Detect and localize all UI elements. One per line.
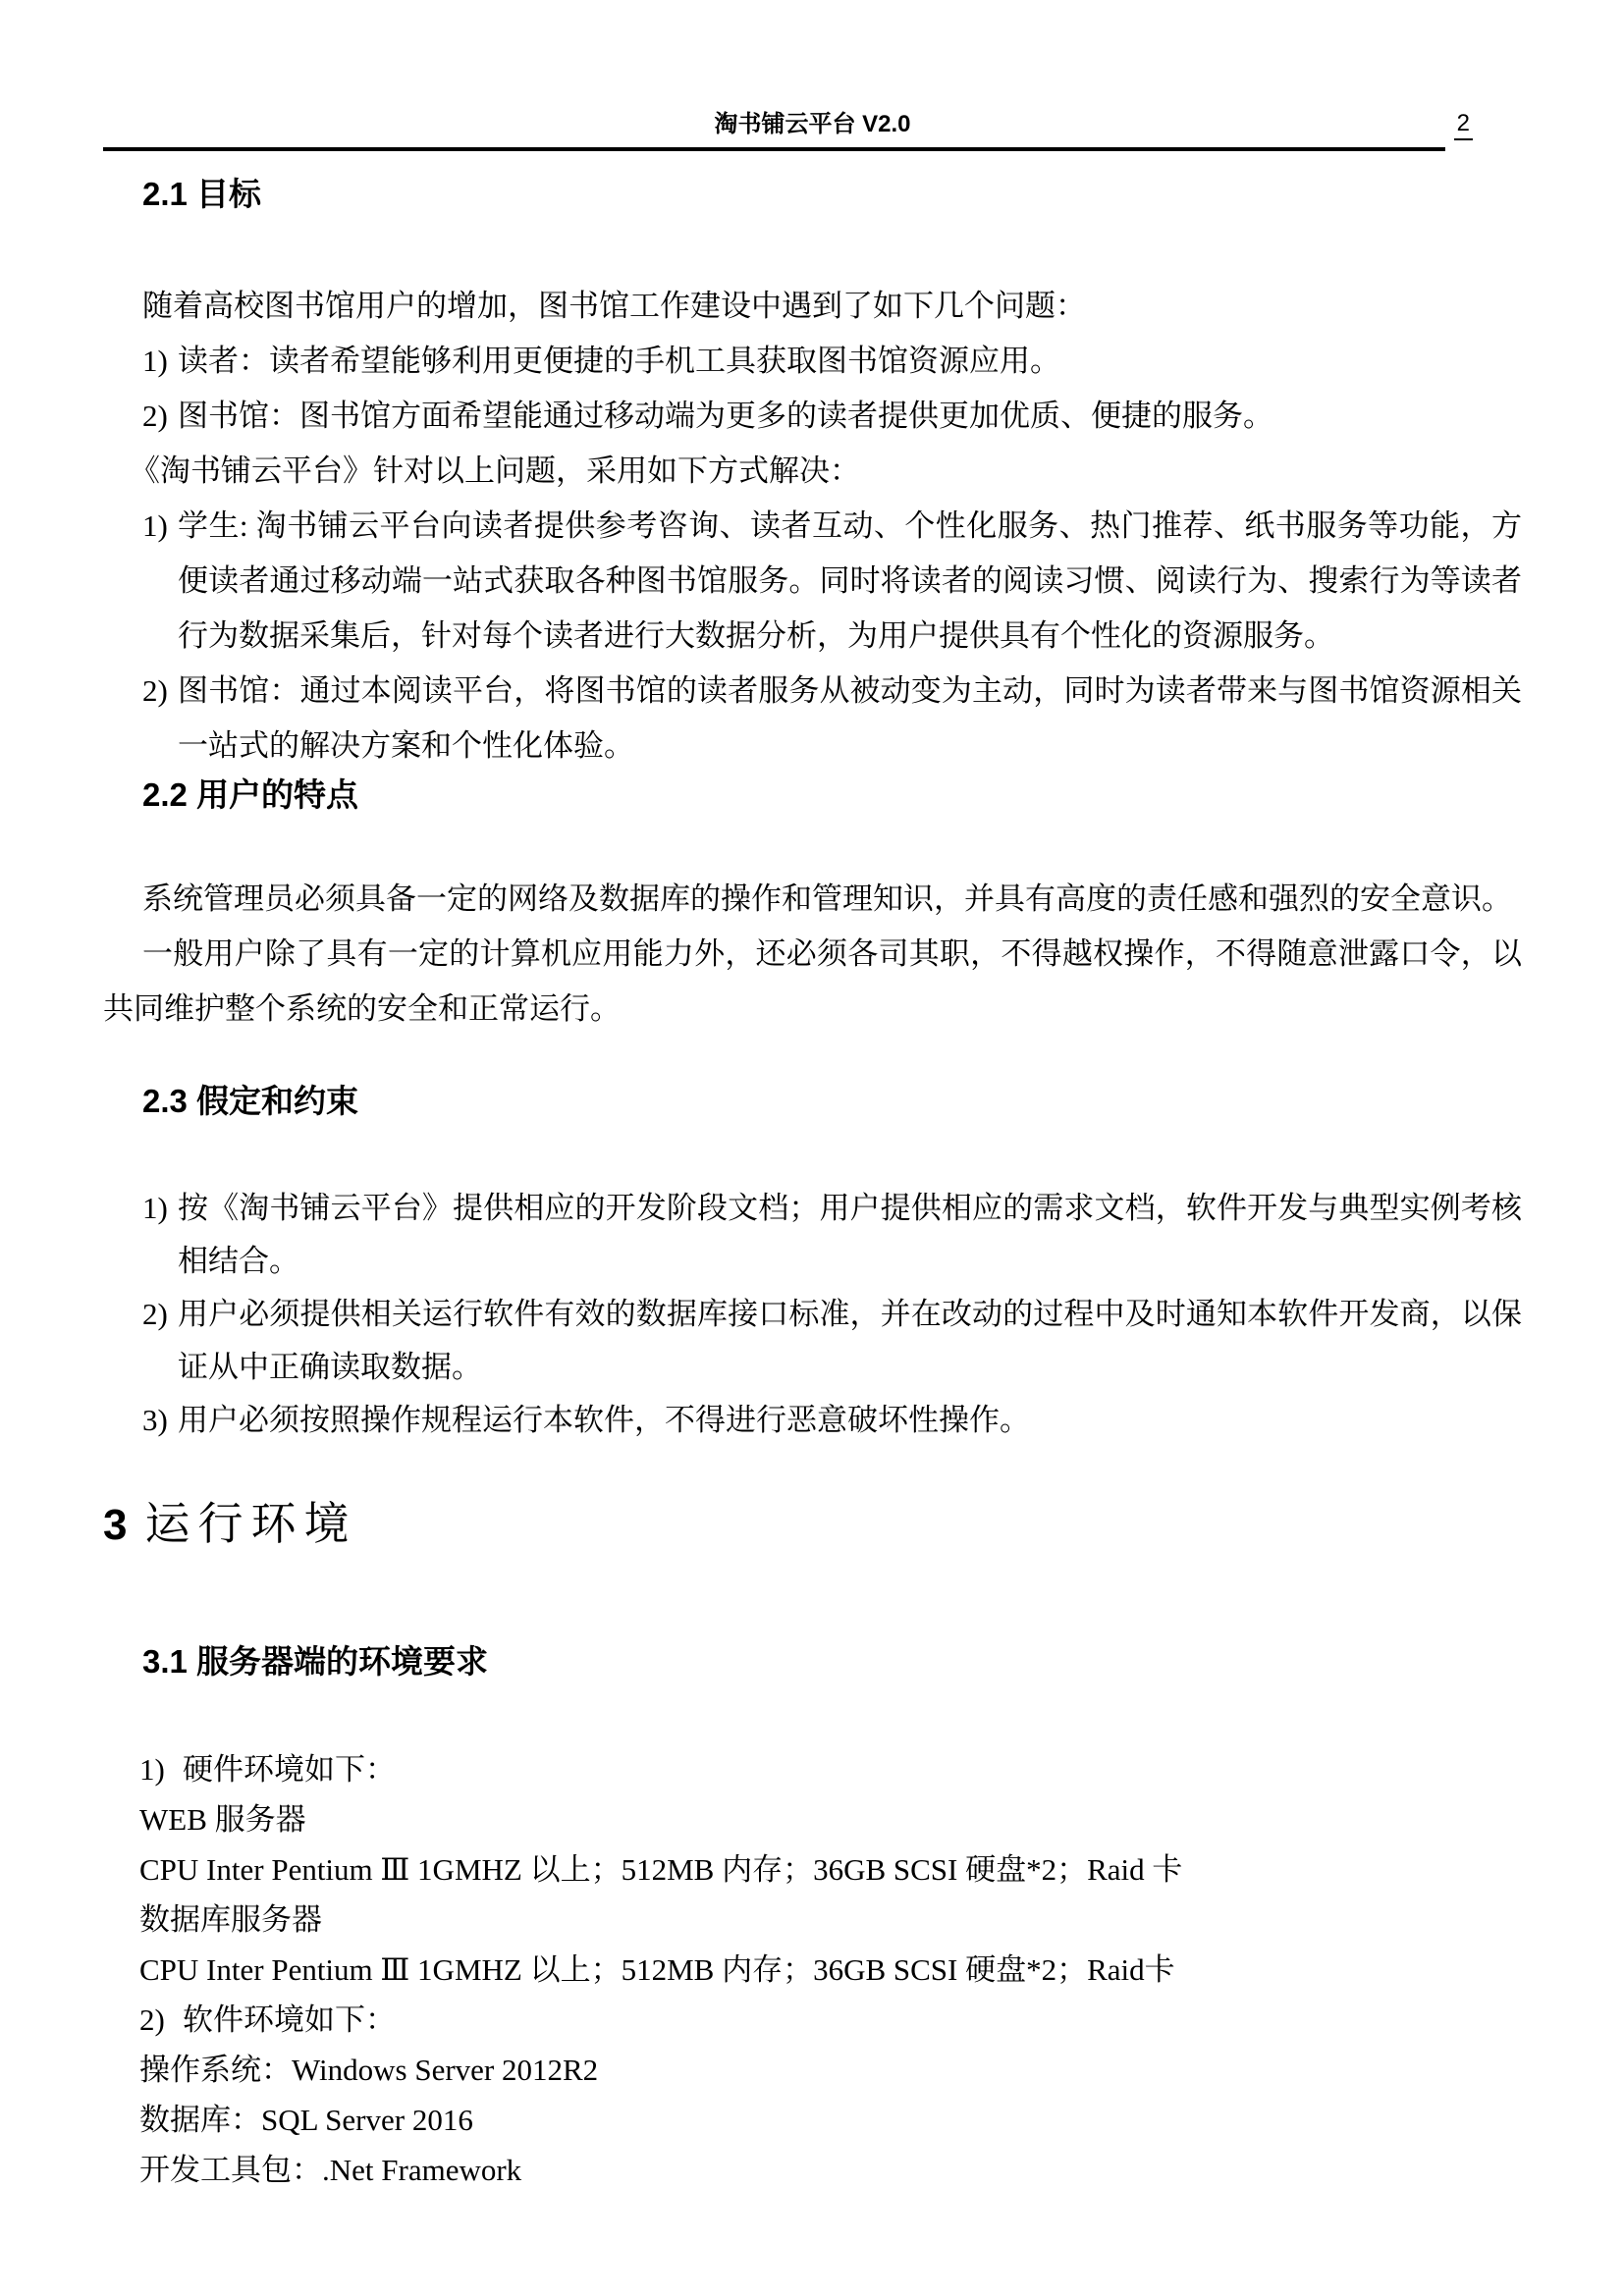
environment-requirements: 1)硬件环境如下： WEB 服务器 CPU Inter Pentium Ⅲ 1G… (139, 1744, 1522, 2195)
list-item: 3) 用户必须按照操作规程运行本软件，不得进行恶意破坏性操作。 (142, 1394, 1522, 1447)
paragraph: 一般用户除了具有一定的计算机应用能力外，还必须各司其职，不得越权操作，不得随意泄… (103, 927, 1522, 1037)
solutions-list: 1) 学生: 淘书铺云平台向读者提供参考咨询、读者互动、个性化服务、热门推荐、纸… (142, 499, 1522, 774)
list-item: 1) 读者：读者希望能够利用更便捷的手机工具获取图书馆资源应用。 (142, 334, 1522, 389)
env-line-text: CPU Inter Pentium Ⅲ 1GMHZ 以上；512MB 内存；36… (139, 1952, 1175, 1987)
env-line-text: WEB 服务器 (139, 1802, 306, 1837)
list-item-number: 2) (142, 389, 168, 444)
list-item-text: 按《淘书铺云平台》提供相应的开发阶段文档；用户提供相应的需求文档，软件开发与典型… (178, 1191, 1522, 1278)
section-2-1-body: 随着高校图书馆用户的增加，图书馆工作建设中遇到了如下几个问题： 1) 读者：读者… (103, 279, 1522, 774)
env-line-text: 数据库：SQL Server 2016 (139, 2103, 473, 2137)
list-item-text: 用户必须按照操作规程运行本软件，不得进行恶意破坏性操作。 (178, 1403, 1030, 1437)
env-line: CPU Inter Pentium Ⅲ 1GMHZ 以上；512MB 内存；36… (139, 1945, 1522, 1995)
list-item-number: 1) (142, 334, 168, 389)
chapter-number: 3 (103, 1501, 127, 1549)
list-item-text: 用户必须提供相关运行软件有效的数据库接口标准，并在改动的过程中及时通知本软件开发… (178, 1297, 1522, 1384)
list-item-number: 2) (139, 1995, 183, 2045)
section-2-3-body: 1) 按《淘书铺云平台》提供相应的开发阶段文档；用户提供相应的需求文档，软件开发… (103, 1182, 1522, 1447)
env-line-text: CPU Inter Pentium Ⅲ 1GMHZ 以上；512MB 内存；36… (139, 1852, 1182, 1887)
page-content: 淘书铺云平台 V2.0 2 2.1 目标 随着高校图书馆用户的增加，图书馆工作建… (103, 0, 1522, 2195)
section-2-1-heading: 2.1 目标 (142, 173, 1522, 216)
chapter-title: 运行环境 (144, 1499, 356, 1549)
env-line-text: 硬件环境如下： (183, 1752, 396, 1787)
env-line: WEB 服务器 (139, 1794, 1522, 1844)
chapter-3-heading: 3运行环境 (103, 1494, 1522, 1556)
list-item: 2) 图书馆：图书馆方面希望能通过移动端为更多的读者提供更加优质、便捷的服务。 (142, 389, 1522, 444)
list-item-number: 2) (142, 664, 168, 719)
env-line-text: 开发工具包：.Net Framework (139, 2153, 521, 2187)
env-line-text: 数据库服务器 (139, 1902, 322, 1937)
document-page: 淘书铺云平台 V2.0 2 2.1 目标 随着高校图书馆用户的增加，图书馆工作建… (0, 0, 1624, 2296)
section-2-2-heading: 2.2 用户的特点 (142, 774, 1522, 817)
env-line: 数据库服务器 (139, 1895, 1522, 1945)
header-title: 淘书铺云平台 V2.0 (103, 0, 1522, 139)
problems-list: 1) 读者：读者希望能够利用更便捷的手机工具获取图书馆资源应用。 2) 图书馆：… (142, 334, 1522, 444)
section-2-1-intro: 随着高校图书馆用户的增加，图书馆工作建设中遇到了如下几个问题： (103, 279, 1522, 334)
list-item: 1) 学生: 淘书铺云平台向读者提供参考咨询、读者互动、个性化服务、热门推荐、纸… (142, 499, 1522, 664)
solution-lead: 《淘书铺云平台》针对以上问题，采用如下方式解决： (103, 444, 1522, 499)
env-line: 数据库：SQL Server 2016 (139, 2095, 1522, 2145)
list-item: 2) 图书馆：通过本阅读平台，将图书馆的读者服务从被动变为主动，同时为读者带来与… (142, 664, 1522, 774)
constraints-list: 1) 按《淘书铺云平台》提供相应的开发阶段文档；用户提供相应的需求文档，软件开发… (142, 1182, 1522, 1447)
list-item-text: 图书馆：通过本阅读平台，将图书馆的读者服务从被动变为主动，同时为读者带来与图书馆… (178, 673, 1522, 763)
page-number: 2 (1454, 110, 1473, 140)
env-line: CPU Inter Pentium Ⅲ 1GMHZ 以上；512MB 内存；36… (139, 1844, 1522, 1895)
list-item-text: 学生: 淘书铺云平台向读者提供参考咨询、读者互动、个性化服务、热门推荐、纸书服务… (178, 508, 1522, 653)
list-item: 1) 按《淘书铺云平台》提供相应的开发阶段文档；用户提供相应的需求文档，软件开发… (142, 1182, 1522, 1288)
env-line-text: 软件环境如下： (183, 2002, 396, 2037)
env-line: 操作系统：Windows Server 2012R2 (139, 2045, 1522, 2095)
list-item-number: 3) (142, 1394, 168, 1447)
list-item-number: 2) (142, 1288, 168, 1341)
env-line: 2)软件环境如下： (139, 1995, 1522, 2045)
section-2-2-body: 系统管理员必须具备一定的网络及数据库的操作和管理知识，并具有高度的责任感和强烈的… (103, 872, 1522, 1037)
list-item-number: 1) (142, 1182, 168, 1235)
paragraph: 系统管理员必须具备一定的网络及数据库的操作和管理知识，并具有高度的责任感和强烈的… (103, 872, 1522, 927)
list-item-number: 1) (142, 499, 168, 554)
list-item: 2) 用户必须提供相关运行软件有效的数据库接口标准，并在改动的过程中及时通知本软… (142, 1288, 1522, 1394)
env-line: 1)硬件环境如下： (139, 1744, 1522, 1794)
env-line-text: 操作系统：Windows Server 2012R2 (139, 2053, 598, 2087)
list-item-text: 读者：读者希望能够利用更便捷的手机工具获取图书馆资源应用。 (178, 344, 1060, 378)
env-line: 开发工具包：.Net Framework (139, 2145, 1522, 2195)
list-item-text: 图书馆：图书馆方面希望能通过移动端为更多的读者提供更加优质、便捷的服务。 (178, 399, 1273, 433)
header-rule (103, 147, 1445, 151)
section-2-3-heading: 2.3 假定和约束 (142, 1080, 1522, 1123)
list-item-number: 1) (139, 1744, 183, 1794)
section-3-1-heading: 3.1 服务器端的环境要求 (142, 1640, 1522, 1683)
